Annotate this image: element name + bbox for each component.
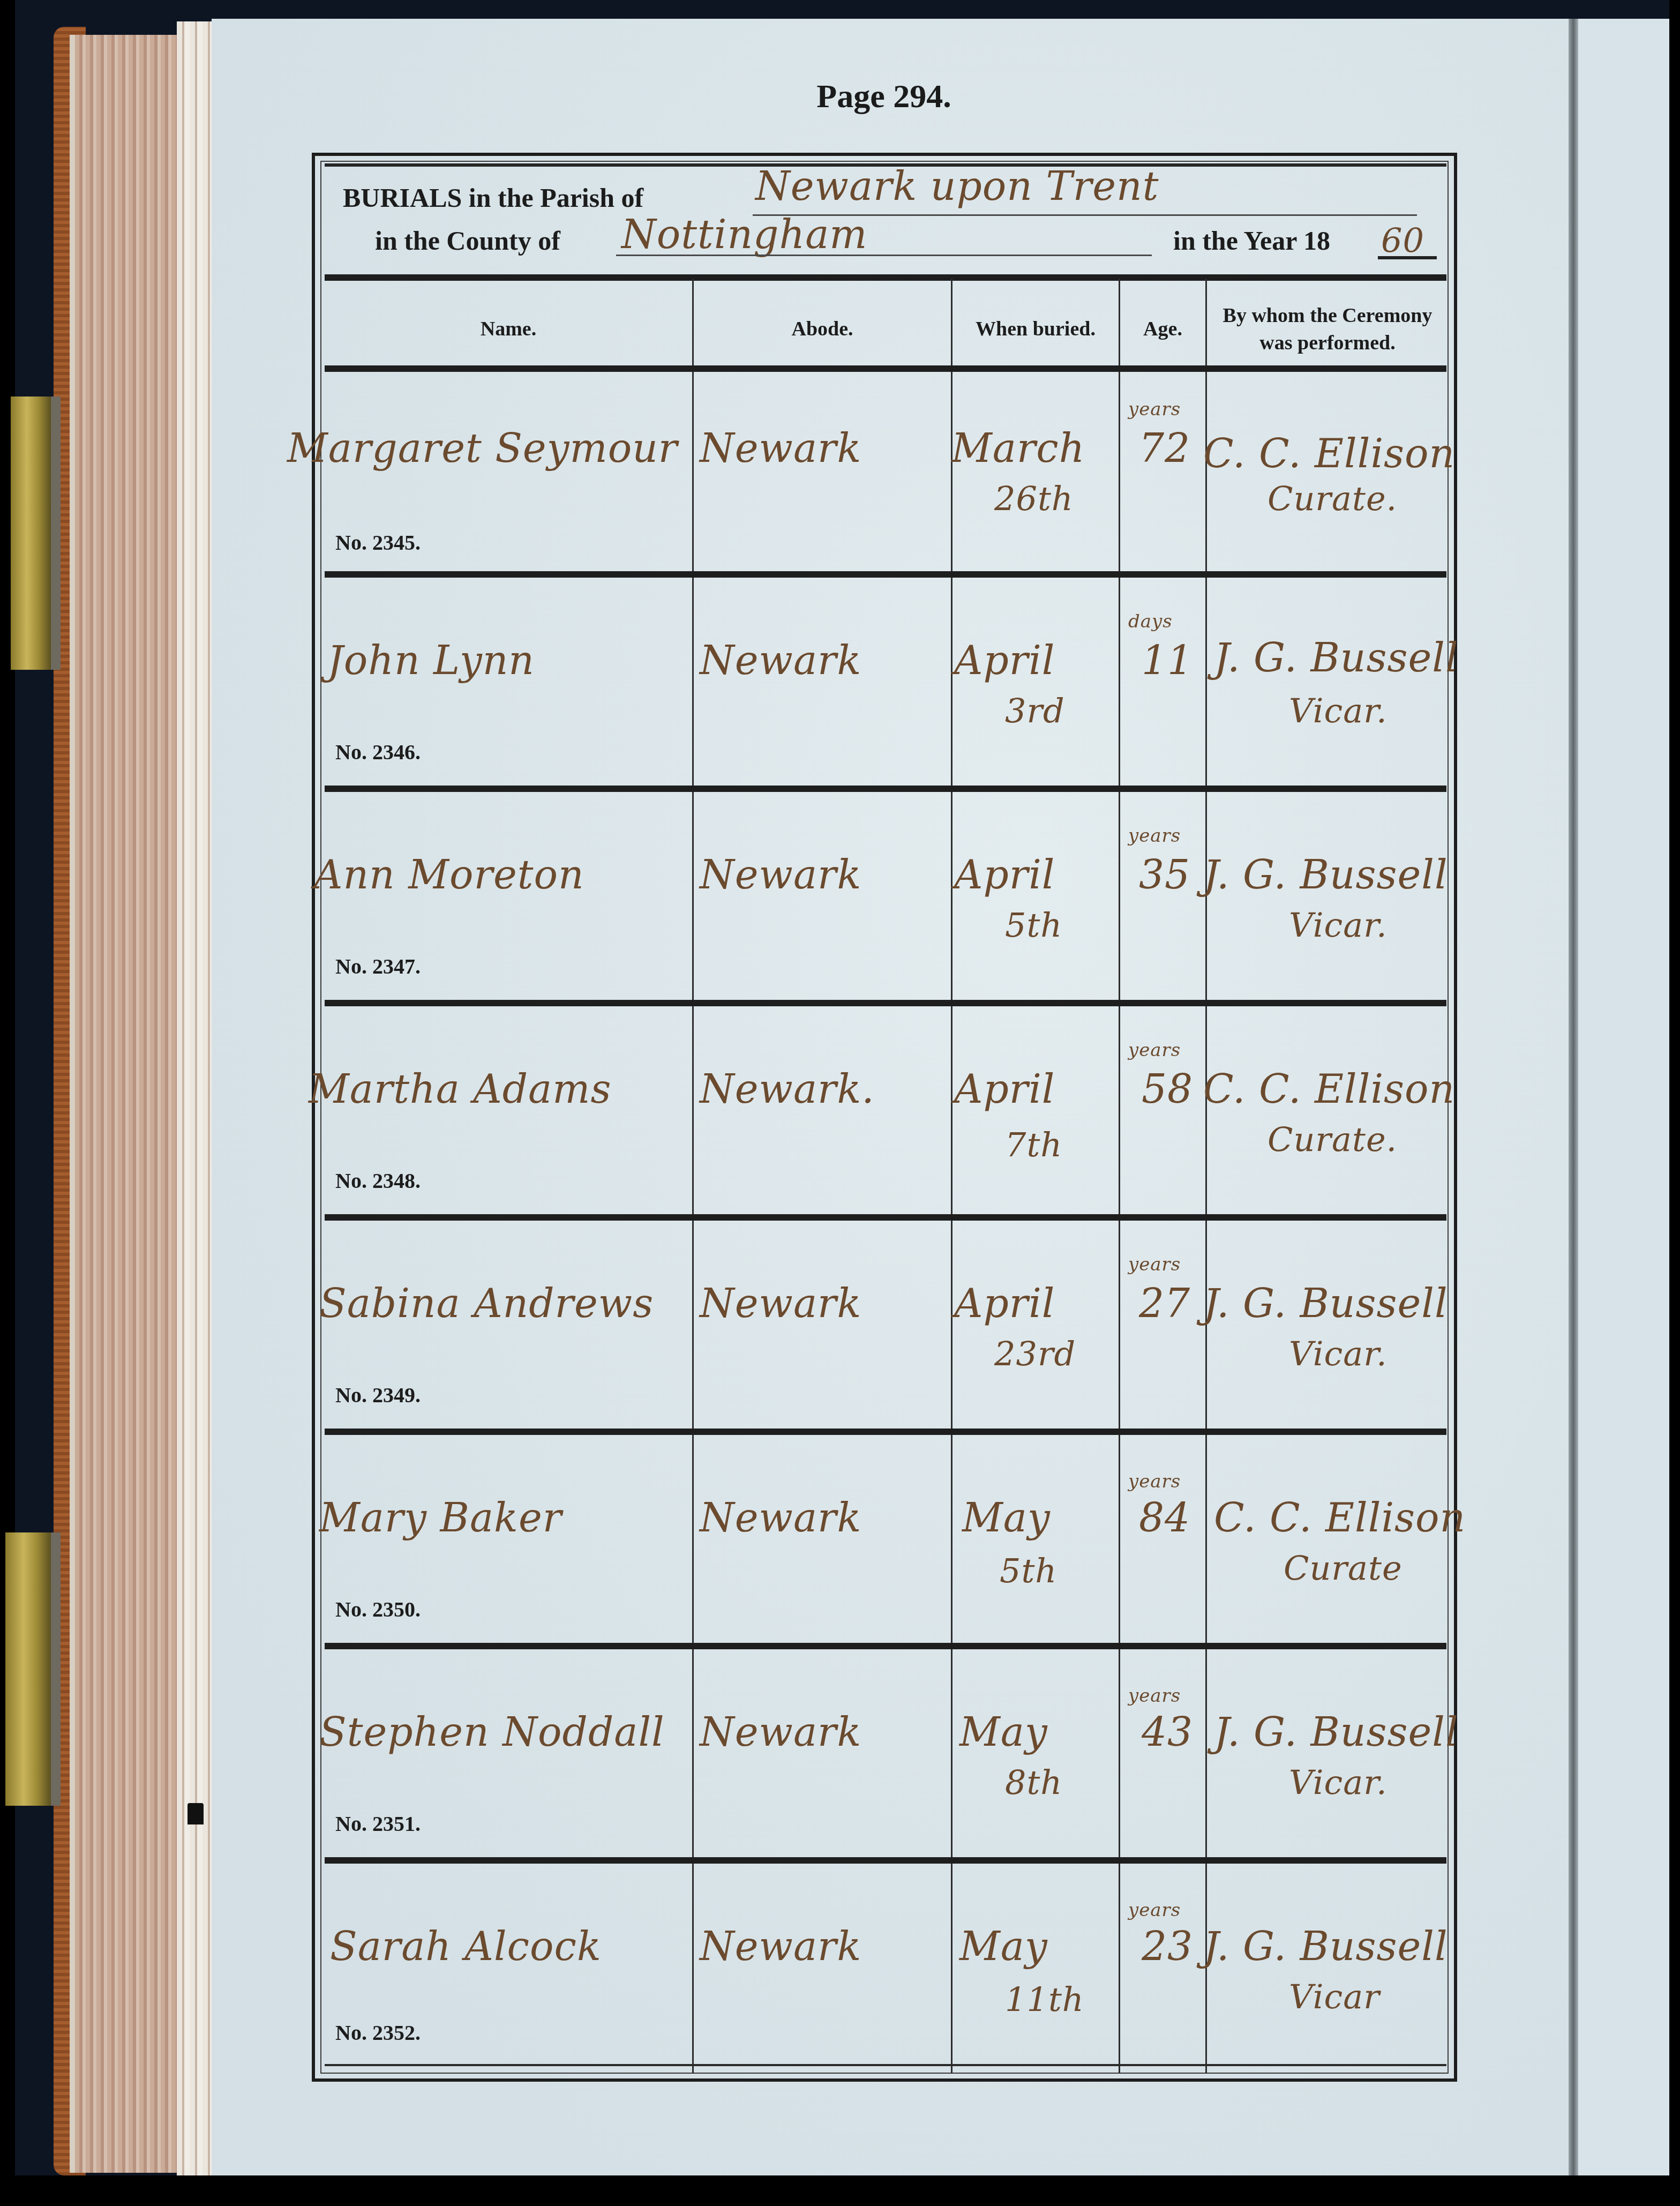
row-separator (325, 1429, 1446, 1435)
entry-burial-month: May (962, 1495, 1051, 1541)
entry-age: 43 (1142, 1709, 1193, 1755)
entry-burial-month: May (959, 1709, 1048, 1755)
entry-officiant-office: Vicar. (1289, 1763, 1387, 1802)
table-bottom-thin-rule (325, 2064, 1446, 2066)
burial-entry-row: Stephen Noddall Newark May 8th years 43 … (325, 1650, 1446, 1865)
register-title-line-2: in the County of (375, 225, 560, 256)
entry-burial-day: 5th (1000, 1551, 1057, 1590)
entry-name: Sabina Andrews (319, 1281, 654, 1327)
entry-officiant: C. C. Ellison (1203, 1066, 1455, 1112)
row-separator (325, 1214, 1446, 1221)
row-separator (325, 1857, 1446, 1864)
row-separator (325, 571, 1446, 578)
entry-abode: Newark (700, 852, 861, 898)
entry-officiant-office: Vicar. (1289, 691, 1387, 730)
entry-burial-day: 3rd (1005, 691, 1065, 730)
entry-abode: Newark. (700, 1066, 875, 1112)
entry-burial-month: March (951, 425, 1085, 472)
burial-entry-row: Martha Adams Newark. April 7th years 58 … (325, 1007, 1446, 1222)
entry-age-unit: years (1128, 1685, 1181, 1707)
page-stack-inner (177, 21, 214, 2175)
entry-name: Mary Baker (319, 1495, 562, 1541)
year-suffix: 60 (1381, 221, 1424, 260)
entry-number: No. 2352. (335, 2020, 421, 2045)
title-prefix: BURIALS in the Parish of (343, 183, 643, 213)
entry-burial-month: April (954, 1066, 1055, 1112)
entry-burial-month: May (959, 1924, 1048, 1970)
entry-officiant: J. G. Bussell (1214, 635, 1459, 681)
entry-number: No. 2345. (335, 530, 421, 555)
entry-burial-day: 26th (994, 479, 1074, 518)
year-prefix: in the Year 18 (1173, 225, 1330, 256)
book-gutter (1569, 19, 1578, 2175)
entry-abode: Newark (700, 1924, 861, 1970)
entry-officiant-office: Curate. (1267, 1120, 1397, 1159)
entry-name: Sarah Alcock (330, 1924, 602, 1970)
entry-officiant: J. G. Bussell (1203, 1281, 1448, 1327)
entry-age-unit: days (1128, 611, 1173, 632)
entry-number: No. 2349. (335, 1382, 421, 1408)
column-header-name: Name. (325, 289, 692, 370)
entry-age: 72 (1139, 425, 1190, 472)
column-header-abode: Abode. (694, 289, 951, 370)
entry-age: 27 (1139, 1281, 1190, 1327)
backdrop-edge-bottom (0, 2175, 1680, 2206)
entry-number: No. 2350. (335, 1597, 421, 1622)
entry-burial-month: April (954, 1281, 1055, 1327)
row-separator (325, 786, 1446, 792)
entry-age-unit: years (1128, 1900, 1181, 1921)
brass-hinge-bottom (5, 1532, 61, 1806)
brass-hinge-top (11, 397, 61, 670)
entry-burial-day: 11th (1005, 1980, 1084, 2019)
burial-entry-row: Margaret Seymour Newark March 26th years… (325, 372, 1446, 586)
column-header-when-buried: When buried. (952, 289, 1119, 370)
entry-age-unit: years (1128, 399, 1181, 420)
entry-age: 35 (1139, 852, 1190, 898)
entry-age: 23 (1142, 1924, 1193, 1970)
burial-entry-row: Ann Moreton Newark April 5th years 35 J.… (325, 793, 1446, 1007)
year-fill-line (1378, 256, 1437, 259)
register-title-line-1: BURIALS in the Parish of (343, 182, 643, 213)
entry-age-unit: years (1128, 1040, 1181, 1061)
row-separator (325, 1000, 1446, 1006)
burial-entry-row: Sabina Andrews Newark April 23rd years 2… (325, 1222, 1446, 1436)
entry-officiant-office: Vicar (1289, 1977, 1380, 2016)
entry-officiant: J. G. Bussell (1214, 1709, 1459, 1755)
entry-burial-day: 7th (1005, 1125, 1062, 1164)
entry-name: Ann Moreton (314, 852, 584, 898)
entry-number: No. 2346. (335, 739, 421, 765)
parish-name: Newark upon Trent (755, 163, 1159, 210)
backdrop-edge-left (0, 0, 15, 2206)
entry-abode: Newark (700, 1281, 861, 1327)
entry-burial-month: April (954, 852, 1055, 898)
county-fill-line (616, 255, 1152, 256)
entry-name: Margaret Seymour (287, 425, 678, 472)
entry-age: 84 (1139, 1495, 1190, 1541)
burial-entry-row: Sarah Alcock Newark May 11th years 23 J.… (325, 1865, 1446, 2079)
county-name: Nottingham (621, 212, 867, 258)
entry-name: John Lynn (327, 638, 535, 684)
entry-age-unit: years (1128, 1471, 1181, 1492)
entry-name: Martha Adams (309, 1066, 611, 1112)
backdrop-edge-right (1669, 0, 1680, 2206)
column-header-age: Age. (1120, 289, 1205, 370)
entry-officiant-office: Vicar. (1289, 1334, 1387, 1373)
facing-page-edge (1578, 19, 1669, 2175)
entry-officiant: C. C. Ellison (1203, 431, 1455, 477)
burial-entry-row: Mary Baker Newark May 5th years 84 C. C.… (325, 1436, 1446, 1650)
entry-name: Stephen Noddall (319, 1709, 665, 1755)
entry-age-unit: years (1128, 1254, 1181, 1275)
entry-age-unit: years (1128, 825, 1181, 847)
entry-burial-month: April (954, 638, 1055, 684)
entry-officiant: J. G. Bussell (1203, 1924, 1448, 1970)
burial-entry-row: John Lynn Newark April 3rd days 11 J. G.… (325, 579, 1446, 793)
entry-burial-day: 8th (1005, 1763, 1062, 1802)
page-number: Page 294. (750, 78, 1018, 116)
column-header-officiant: By whom the Ceremony was performed. (1209, 289, 1446, 370)
ink-mark (187, 1803, 204, 1824)
entry-abode: Newark (700, 1495, 861, 1541)
entry-abode: Newark (700, 638, 861, 684)
entry-officiant-office: Curate. (1267, 479, 1397, 518)
page-stack-fore-edge (70, 35, 182, 2173)
entry-number: No. 2348. (335, 1168, 421, 1193)
entry-burial-day: 23rd (994, 1334, 1076, 1373)
entry-officiant: C. C. Ellison (1214, 1495, 1466, 1541)
entry-age: 11 (1142, 638, 1193, 684)
rule-below-column-headers (325, 365, 1446, 372)
entry-officiant: J. G. Bussell (1203, 852, 1448, 898)
entry-number: No. 2347. (335, 954, 421, 979)
county-prefix: in the County of (375, 226, 560, 256)
entry-abode: Newark (700, 425, 861, 472)
entry-abode: Newark (700, 1709, 861, 1755)
entry-age: 58 (1142, 1066, 1193, 1112)
rule-above-column-headers (325, 274, 1446, 281)
entry-officiant-office: Curate (1284, 1549, 1402, 1588)
row-separator (325, 1643, 1446, 1649)
entry-officiant-office: Vicar. (1289, 906, 1387, 945)
entry-burial-day: 5th (1005, 906, 1062, 945)
entry-number: No. 2351. (335, 1811, 421, 1836)
